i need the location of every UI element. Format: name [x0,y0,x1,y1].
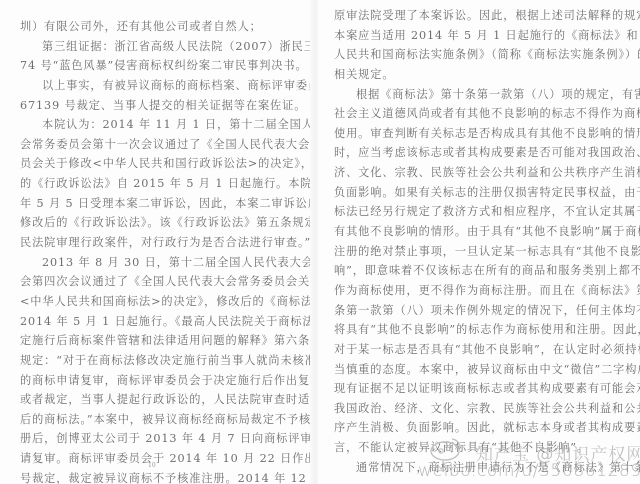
text-line: 年 5 月 5 日受理本案二审诉讼，因此，本案二审诉讼应当适用 [20,194,292,214]
text-line: 请复审。商标评审委员会于 2014 年 10 月 22 日作出第 67139 [20,449,292,469]
text-line: 67139 号裁定、当事人提交的相关证据等在案佐证。 [20,96,292,116]
text-line: 或者裁定，当事人提起行政诉讼的，人民法院审查时适用修改 [20,390,292,410]
document-spread: 圳）有限公司外，还有其他公司或者自然人；第三组证据：浙江省高级人民法院（2007… [0,0,640,484]
text-line: 言，不能认定被异议商标具有“其他不良影响”。 [334,438,610,458]
text-line: 民法院审理行政案件，对行政行为是否合法进行审查。” [20,233,292,253]
text-line: 根据《商标法》第十条第一款第（八）项的规定，有害于 [334,85,610,105]
text-line: 作为商标使用，更不得作为商标注册。而且在《商标法》第十 [334,281,610,301]
text-line: 本院认为：2014 年 11 月 1 日，第十二届全国人民代表大 [20,115,292,135]
text-line: 人民共和国商标法实施条例》（简称《商标法实施条例》）的 [334,45,610,65]
text-line: 时，应当考虑该标志或者其构成要素是否可能对我国政治、经 [334,143,610,163]
text-line: 册后，创博亚太公司于 2013 年 4 月 7 日向商标评审委员会申 [20,429,292,449]
right-page: 原审法院受理了本案诉讼。因此，根据上述司法解释的规定，本案应当适用 2014 年… [318,0,640,484]
text-line: 会第四次会议通过了《全国人民代表大会常务委员会关于修改 [20,272,292,292]
text-line: 使用。审查判断有关标志是否构成具有其他不良影响的情形 [334,124,610,144]
text-line: 现有证据不足以证明该商标标志或者其构成要素有可能会对 [334,379,610,399]
text-line: 条第一款第（八）项未作例外规定的情况下，任何主体均不得 [334,301,610,321]
text-line: 标法已经另行规定了救济方式和相应程序，不宜认定其属于具 [334,202,610,222]
text-line: 我国政治、经济、文化、宗教、民族等社会公共利益和公共秩 [334,399,610,419]
text-line: 当慎重的态度。本案中，被异议商标由中文“微信”二字构成， [334,360,610,380]
text-line: 响”，即意味着不仅该标志在所有的商品和服务类别上都不得 [334,261,610,281]
text-line: 74 号“蓝色风暴”侵害商标权纠纷案二审民事判决书。 [20,56,292,76]
text-line: 相关规定。 [334,65,610,85]
text-line: 注册的绝对禁止事项，一旦认定某一标志具有“其他不良影 [334,242,610,262]
text-line: 2014 年 5 月 1 日起施行。《最高人民法院关于商标法修改决 [20,312,292,332]
text-line: <中华人民共和国商标法>的决定》，修改后的《商标法》自 [20,292,292,312]
left-page-text: 圳）有限公司外，还有其他公司或者自然人；第三组证据：浙江省高级人民法院（2007… [20,17,292,484]
text-line: 原审法院受理了本案诉讼。因此，根据上述司法解释的规定， [334,6,610,26]
text-line: 修改后的《行政诉讼法》。该《行政诉讼法》第五条规定：“人 [20,213,292,233]
text-line: 规定：“对于在商标法修改决定施行前当事人就尚未核准注册 [20,351,292,371]
text-line: 以上事实，有被异议商标的商标档案、商标评审委员会第 [20,76,292,96]
text-line: 对于某一标志是否具有“其他不良影响”，在认定时必须持相 [334,340,610,360]
left-page: 圳）有限公司外，还有其他公司或者自然人；第三组证据：浙江省高级人民法院（2007… [0,0,312,484]
text-line: 社会主义道德风尚或者有其他不良影响的标志不得作为商标 [334,104,610,124]
text-line: 将具有“其他不良影响”的标志作为商标使用和注册。因此， [334,320,610,340]
text-line: 有其他不良影响的情形。由于具有“其他不良影响”属于商标 [334,222,610,242]
text-line: 序产生消极、负面影响。因此，就标志本身或者其构成要素而 [334,418,610,438]
text-line: 2013 年 8 月 30 日，第十二届全国人民代表大会常务委员 [20,253,292,273]
text-line: 员会关于修改<中华人民共和国行政诉讼法>的决定》，修改后 [20,154,292,174]
text-line: 定施行后商标案件管辖和法律适用问题的解释》第六条第一款 [20,331,292,351]
text-line: 通常情况下，商标注册申请行为不是《商标法》第十条第 [334,458,610,478]
text-line: 负面影响。如果有关标志的注册仅损害特定民事权益，由于商 [334,183,610,203]
text-line: 会常务委员会第十一次会议通过了《全国人民代表大会常务委 [20,135,292,155]
text-line: 号裁定，裁定被异议商标不予核准注册。2014 年 12 月 2 日， [20,469,292,484]
page-number: 10 [148,462,156,469]
text-line: 本案应当适用 2014 年 5 月 1 日起施行的《商标法》和《中华 [334,26,610,46]
text-line: 济、文化、宗教、民族等社会公共利益和公共秩序产生消极、 [334,163,610,183]
right-page-text: 原审法院受理了本案诉讼。因此，根据上述司法解释的规定，本案应当适用 2014 年… [334,6,610,477]
text-line: 的商标申请复审，商标评审委员会于决定施行后作出复审决定 [20,371,292,391]
text-line: 圳）有限公司外，还有其他公司或者自然人； [20,17,292,37]
text-line: 第三组证据：浙江省高级人民法院（2007）浙民三终字第 [20,37,292,57]
text-line: 的《行政诉讼法》自 2015 年 5 月 1 日起施行。本院于 2015 [20,174,292,194]
text-line: 后的商标法。”本案中，被异议商标经商标局裁定不予核准注 [20,410,292,430]
